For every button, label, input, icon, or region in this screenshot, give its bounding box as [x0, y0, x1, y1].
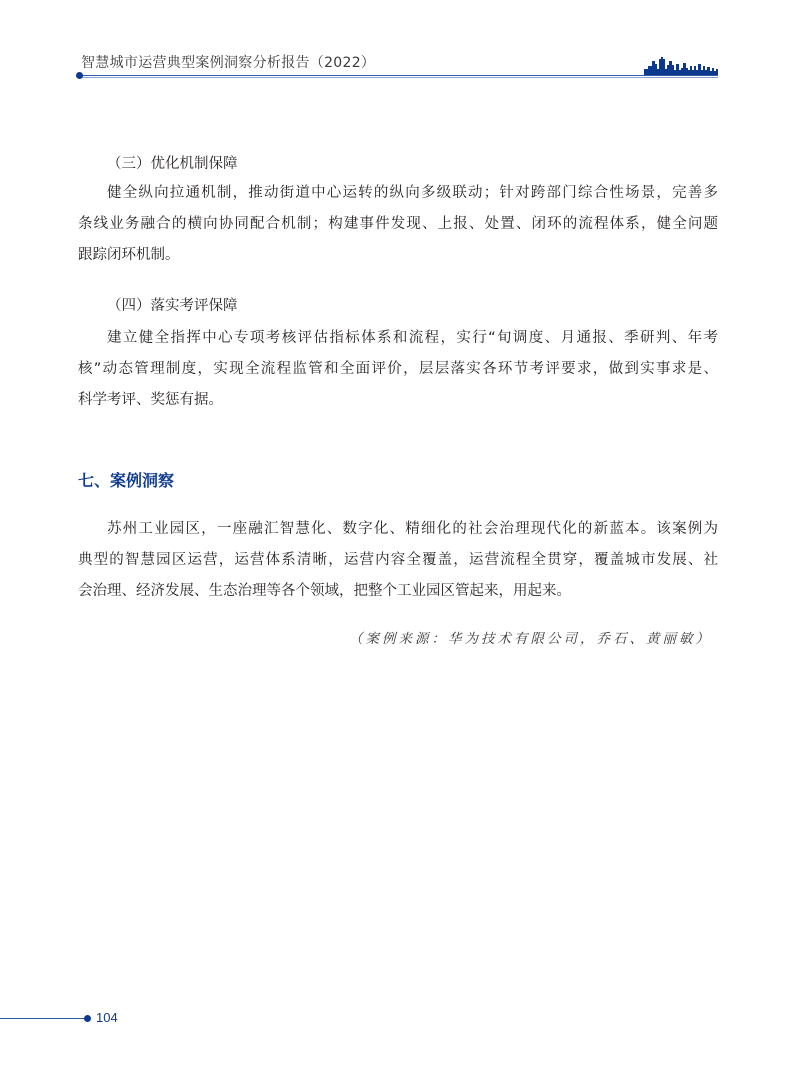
- paragraph-line: 苏州工业园区，一座融汇智慧化、数字化、精细化的社会治理现代化的新蓝本。该案例为: [78, 514, 718, 545]
- paragraph-line: 跟踪闭环机制。: [78, 240, 718, 271]
- paragraph-line: 建立健全指挥中心专项考核评估指标体系和流程，实行“旬调度、月通报、季研判、年考: [78, 323, 718, 354]
- subsection-heading: （四）落实考评保障: [107, 294, 238, 315]
- paragraph-line: 科学考评、奖惩有据。: [78, 385, 718, 416]
- header-rule-thin: [80, 77, 718, 78]
- subsection-paragraph: 健全纵向拉通机制，推动街道中心运转的纵向多级联动；针对跨部门综合性场景，完善多 …: [78, 178, 718, 271]
- paragraph-line: 会治理、经济发展、生态治理等各个领域，把整个工业园区管起来，用起来。: [78, 576, 718, 607]
- city-skyline-icon: [644, 55, 720, 75]
- paragraph-line: 条线业务融合的横向协同配合机制；构建事件发现、上报、处置、闭环的流程体系，健全问…: [78, 209, 718, 240]
- header-rule: [80, 75, 718, 76]
- page-number: 104: [96, 1010, 118, 1025]
- section-paragraph: 苏州工业园区，一座融汇智慧化、数字化、精细化的社会治理现代化的新蓝本。该案例为 …: [78, 514, 718, 607]
- footer-rule: [0, 1018, 86, 1019]
- report-title: 智慧城市运营典型案例洞察分析报告（2022）: [81, 52, 375, 72]
- footer-dot-icon: [84, 1015, 91, 1022]
- paragraph-line: 典型的智慧园区运营，运营体系清晰，运营内容全覆盖，运营流程全贯穿，覆盖城市发展、…: [78, 545, 718, 576]
- case-source: （案例来源：华为技术有限公司，乔石、黄丽敏）: [349, 627, 712, 647]
- subsection-paragraph: 建立健全指挥中心专项考核评估指标体系和流程，实行“旬调度、月通报、季研判、年考 …: [78, 323, 718, 416]
- section-heading: 七、案例洞察: [78, 468, 174, 491]
- paragraph-line: 健全纵向拉通机制，推动街道中心运转的纵向多级联动；针对跨部门综合性场景，完善多: [78, 178, 718, 209]
- paragraph-line: 核”动态管理制度，实现全流程监管和全面评价，层层落实各环节考评要求，做到实事求是…: [78, 354, 718, 385]
- subsection-heading: （三）优化机制保障: [107, 152, 238, 173]
- header-dot-icon: [76, 72, 83, 79]
